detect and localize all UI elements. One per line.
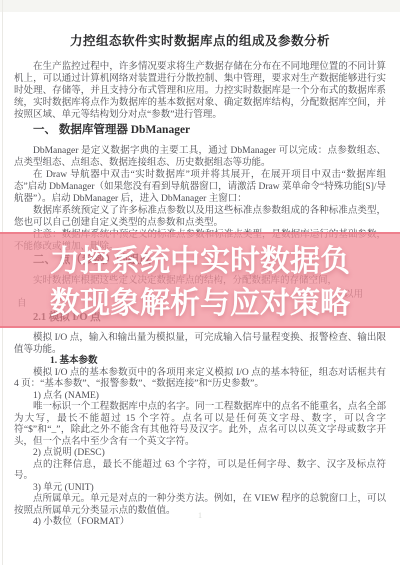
page-number: 1 [0, 511, 400, 520]
dbmanager-paragraph: DbManager 是定义数据字典的主要工具，通过 DbManager 可以完成… [14, 145, 386, 169]
document-title: 力控组态软件实时数据库点的组成及参数分析 [0, 31, 400, 49]
basic-params-paragraph: 模拟 I/O 点的基本参数页中的各项用来定义模拟 I/O 点的基本特征，组态对话… [14, 368, 386, 391]
item-name-body: 唯一标识一个工程数据库中点的名字。同一工程数据库中的点名不能重名，点名全部为大写… [14, 402, 386, 448]
section-one-heading: 一、 数据库管理器 DbManager [14, 124, 386, 137]
analog-io-paragraph: 模拟 I/O 点，输入和输出量为模拟量，可完成输入信号量程变换、报警检查、输出限… [14, 333, 386, 356]
item-name-label: 1) 点名 (NAME) [14, 391, 386, 403]
item-desc-label: 2) 点说明 (DESC) [14, 448, 386, 460]
item-unit-label: 3) 单元 (UNIT) [14, 483, 386, 495]
predefined-params-paragraph: 数据库系统预定义了许多标准点参数以及用这些标准点参数组成的各种标准点类型，您也可… [14, 205, 386, 229]
draw-navigator-paragraph: 在 Draw 导航器中双击“实时数据库”项并将其展开，在展开项目中双击“数据库组… [14, 169, 386, 205]
intro-paragraph: 在生产监控过程中，许多情况要求将生产数据存储在分布在不同地理位置的不同计算机上，… [14, 61, 386, 121]
pink-overlay-banner: 力控系统中实时数据负 数现象解析与应对策略 [0, 232, 400, 328]
item-desc-body: 点的注释信息，最长不能超过 63 个字符，可以是任何字母、数字、汉字及标点符号。 [14, 460, 386, 483]
document-body-lower: 模拟 I/O 点，输入和输出量为模拟量，可完成输入信号量程变换、报警检查、输出限… [14, 333, 386, 529]
banner-title-line2: 数现象解析与应对策略 [0, 288, 400, 320]
page-top-edge [0, 0, 400, 12]
banner-title-line1: 力控系统中实时数据负 [0, 246, 400, 278]
basic-params-heading: 1. 基本参数 [14, 356, 386, 368]
